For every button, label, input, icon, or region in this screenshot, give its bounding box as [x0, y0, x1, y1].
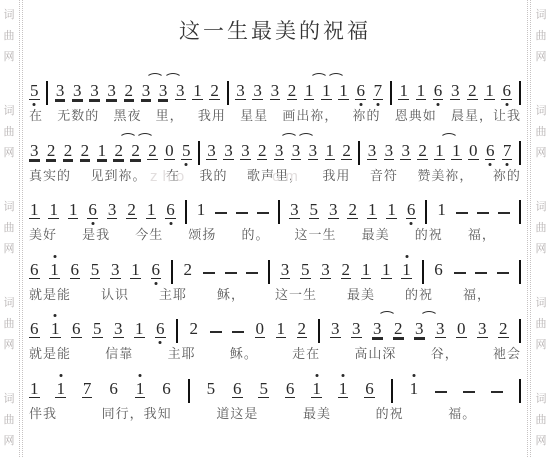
watermark-char: 词	[536, 101, 547, 122]
note-digit: 3	[206, 142, 217, 160]
note: 1	[192, 82, 203, 101]
note-digit: 3	[113, 320, 124, 338]
note: 3	[270, 82, 281, 101]
lyric-segment: 黑夜	[113, 108, 141, 124]
note: 5	[206, 380, 217, 399]
duration-dash	[203, 272, 215, 274]
lyric-segment: 走在	[292, 346, 320, 362]
note: 6	[433, 82, 444, 101]
lyric-segment: 祢的	[493, 168, 521, 184]
note: 6	[151, 261, 162, 280]
lyrics-row: 伴我同行，我知道这是最美的祝福。	[28, 406, 522, 422]
barline	[227, 81, 229, 105]
watermark-char: 词	[4, 101, 15, 122]
lyric-segment: 伴我	[29, 406, 57, 422]
notes-row: 3222122205333233312333211067	[28, 134, 522, 161]
note: 1	[311, 380, 322, 399]
lyric-segment: 福，	[463, 287, 491, 303]
duration-dash	[497, 272, 509, 274]
note: 6	[161, 380, 172, 399]
note-digit: 3	[289, 201, 300, 219]
barline	[358, 141, 360, 165]
note-digit: 2	[124, 82, 135, 100]
watermark-char: 词	[4, 197, 15, 218]
lyric-segment: 谷，	[431, 346, 459, 362]
note: 2	[257, 142, 268, 161]
note: 3	[384, 142, 395, 161]
lyric-segment: 这一生	[275, 287, 317, 303]
note-digit: 3	[89, 82, 100, 100]
note-digit: 1	[398, 82, 409, 100]
note-digit: 6	[433, 82, 444, 100]
lyric-segment: 最美	[347, 287, 375, 303]
note-digit: 3	[414, 320, 425, 338]
score-line: 6165316235321116就是能认识主耶稣，这一生最美的祝福，	[28, 253, 522, 303]
watermark-char: 词	[536, 197, 547, 218]
note: 5	[90, 261, 101, 280]
note-digit: 3	[351, 320, 362, 338]
note-digit: 3	[320, 261, 331, 279]
score-line: 11761656561161伴我同行，我知道这是最美的祝福。	[28, 372, 522, 422]
watermark-char: 曲	[4, 218, 15, 239]
watermark-group: 词曲网	[4, 5, 15, 68]
note-digit: 6	[232, 380, 243, 398]
note-digit: 2	[297, 320, 308, 338]
lyric-segment: 主耶	[159, 287, 187, 303]
note: 3	[330, 320, 341, 339]
note: 1	[29, 380, 40, 399]
note: 3	[280, 261, 291, 280]
note-digit: 1	[451, 142, 462, 160]
note-digit: 2	[498, 320, 509, 338]
note-digit: 1	[49, 261, 60, 279]
barline	[519, 81, 521, 105]
note: 2	[341, 261, 352, 280]
note-digit: 3	[291, 142, 302, 160]
lyric-segment: 最美	[362, 227, 390, 243]
note: 0	[164, 142, 175, 161]
note: 3	[372, 320, 383, 339]
note: 3	[351, 320, 362, 339]
note: 2	[80, 142, 91, 161]
note-digit: 1	[361, 261, 372, 279]
note-digit: 0	[468, 142, 479, 160]
note: 2	[124, 82, 135, 101]
note: 1	[321, 82, 332, 101]
duration-dash	[257, 212, 269, 214]
note-digit: 1	[29, 201, 40, 219]
note: 1	[416, 82, 427, 101]
note-digit: 2	[209, 82, 220, 100]
note: 5	[92, 320, 103, 339]
note: 3	[308, 142, 319, 161]
duration-dash	[210, 331, 222, 333]
note-digit: 1	[436, 201, 447, 218]
note: 3	[328, 201, 339, 220]
duration-dash	[491, 391, 503, 393]
note: 7	[82, 380, 93, 399]
lyric-segment: 福。	[448, 406, 476, 422]
barline	[519, 260, 521, 284]
note: 3	[223, 142, 234, 161]
note-digit: 3	[400, 142, 411, 160]
lyrics-row: 在无数的黑夜里，我用星星画出祢，祢的恩典如晨星，让我	[28, 108, 522, 124]
watermark-char: 网	[536, 239, 547, 260]
duration-dash	[498, 212, 510, 214]
note: 6	[406, 201, 417, 220]
lyric-segment: 星星	[240, 108, 268, 124]
note: 2	[347, 201, 358, 220]
watermark-char: 网	[4, 47, 15, 68]
notes-row: 11761656561161	[28, 372, 522, 399]
lyric-segment: 主耶	[168, 346, 196, 362]
watermark-char: 曲	[4, 26, 15, 47]
note: 1	[409, 380, 420, 399]
note: 1	[386, 201, 397, 220]
duration-dash	[225, 272, 237, 274]
note: 1	[29, 201, 40, 220]
barline	[425, 200, 427, 224]
note: 6	[29, 320, 40, 339]
duration-dash	[463, 391, 475, 393]
watermark-group: 词曲网	[536, 293, 547, 356]
lyric-segment: 晨星，让我	[451, 108, 521, 124]
watermark-char: 词	[536, 5, 547, 26]
lyric-segment: 音符	[370, 168, 398, 184]
lyric-segment: 我的	[199, 168, 227, 184]
note-digit: 3	[29, 142, 40, 160]
lyric-segment: 这一生	[295, 227, 337, 243]
note: 1	[361, 261, 372, 280]
note: 6	[29, 261, 40, 280]
note-digit: 1	[434, 142, 445, 160]
note-digit: 3	[384, 142, 395, 160]
note-digit: 6	[364, 380, 375, 398]
note: 3	[106, 82, 117, 101]
note: 1	[276, 320, 287, 339]
note-digit: 0	[164, 142, 175, 160]
note-digit: 3	[274, 142, 285, 160]
duration-dash	[454, 272, 466, 274]
lyric-segment: 祂会	[493, 346, 521, 362]
lyric-segment: 同行，我知	[102, 406, 172, 422]
note-digit: 1	[325, 142, 336, 160]
barline	[519, 141, 521, 165]
barline	[422, 260, 424, 284]
note-digit: 5	[29, 82, 40, 100]
lyric-segment: 就是能	[29, 287, 71, 303]
note-digit: 1	[338, 82, 349, 100]
lyric-segment: 恩典如	[395, 108, 437, 124]
note: 2	[341, 142, 352, 161]
lyric-segment: 就是能	[29, 346, 71, 362]
lyric-segment: 的祝	[376, 406, 404, 422]
note: 1	[436, 201, 447, 220]
note-digit: 1	[386, 201, 397, 219]
note-digit: 6	[151, 261, 162, 279]
note-digit: 3	[107, 201, 118, 219]
note-digit: 1	[48, 201, 59, 219]
note: 3	[29, 142, 40, 161]
note-digit: 3	[308, 142, 319, 160]
note-digit: 5	[300, 261, 311, 279]
watermark-group: 词曲网	[536, 5, 547, 68]
note-digit: 2	[417, 142, 428, 160]
duration-dash	[435, 391, 447, 393]
right-watermark-column: 词曲网词曲网词曲网词曲网词曲网	[532, 0, 550, 457]
lyric-segment: 福，	[468, 227, 496, 243]
lyric-segment: 歌声里，	[247, 168, 303, 184]
note: 1	[55, 380, 66, 399]
note-digit: 3	[106, 82, 117, 100]
note: 3	[72, 82, 83, 101]
duration-dash	[246, 272, 258, 274]
note-digit: 2	[257, 142, 268, 160]
note: 3	[450, 82, 461, 101]
note-digit: 3	[372, 320, 383, 338]
lyric-segment: 稣。	[230, 346, 258, 362]
note-digit: 6	[161, 380, 172, 397]
note: 1	[434, 142, 445, 161]
note-digit: 6	[501, 82, 512, 100]
lyric-segment: 稣，	[217, 287, 245, 303]
note: 6	[355, 82, 366, 101]
duration-dash	[456, 212, 468, 214]
note: 6	[232, 380, 243, 399]
barline	[46, 81, 48, 105]
notes-row: 61653162012333233032	[28, 312, 522, 339]
watermark-char: 网	[4, 239, 15, 260]
lyric-segment: 颂扬	[188, 227, 216, 243]
note-digit: 1	[196, 201, 207, 218]
score-line: 61653162012333233032就是能信靠主耶稣。走在高山深谷，祂会	[28, 312, 522, 362]
note-digit: 1	[484, 82, 495, 100]
note: 3	[252, 82, 263, 101]
note-digit: 1	[146, 201, 157, 219]
lyric-segment: 我用	[322, 168, 350, 184]
lyric-segment: 的祝	[415, 227, 443, 243]
lyric-segment: 无数的	[57, 108, 99, 124]
note-digit: 6	[87, 201, 98, 219]
note-digit: 5	[206, 380, 217, 397]
right-divider-line	[527, 0, 531, 457]
note: 1	[134, 320, 145, 339]
lyric-segment: 真实的	[29, 168, 71, 184]
note: 6	[108, 380, 119, 399]
note-digit: 3	[367, 142, 378, 160]
lyric-segment: 在	[166, 168, 180, 184]
lyric-segment: 高山深	[354, 346, 396, 362]
note: 7	[502, 142, 513, 161]
note-digit: 3	[158, 82, 169, 100]
watermark-char: 网	[536, 335, 547, 356]
note: 6	[285, 380, 296, 399]
lyric-segment: 今生	[135, 227, 163, 243]
note-digit: 2	[46, 142, 57, 160]
note-digit: 0	[456, 320, 467, 338]
note-digit: 1	[338, 380, 349, 398]
barline	[198, 141, 200, 165]
note: 2	[467, 82, 478, 101]
lyric-segment: 是我	[82, 227, 110, 243]
note: 3	[240, 142, 251, 161]
note: 6	[433, 261, 444, 280]
note: 1	[135, 380, 146, 399]
watermark-group: 词曲网	[4, 293, 15, 356]
note-digit: 2	[287, 82, 298, 100]
note: 1	[196, 201, 207, 220]
barline	[176, 319, 178, 343]
note: 2	[393, 320, 404, 339]
left-divider-line	[19, 0, 23, 457]
note-digit: 3	[450, 82, 461, 100]
note-digit: 3	[141, 82, 152, 100]
note: 3	[110, 261, 121, 280]
note-digit: 2	[347, 201, 358, 219]
lyric-segment: 赞美祢，	[417, 168, 473, 184]
note: 3	[158, 82, 169, 101]
note-digit: 2	[147, 142, 158, 160]
note: 1	[401, 261, 412, 280]
note: 1	[146, 201, 157, 220]
song-title: 这一生最美的祝福	[28, 15, 522, 45]
note: 1	[130, 261, 141, 280]
note: 3	[107, 201, 118, 220]
watermark-group: 词曲网	[4, 197, 15, 260]
note-digit: 6	[433, 261, 444, 278]
watermark-char: 曲	[536, 314, 547, 335]
note-digit: 1	[68, 201, 79, 219]
lyrics-row: 就是能认识主耶稣，这一生最美的祝福，	[28, 287, 522, 303]
note: 1	[398, 82, 409, 101]
note: 2	[130, 142, 141, 161]
note: 2	[209, 82, 220, 101]
lyric-segment: 道这是	[216, 406, 258, 422]
lyric-segment: 的。	[241, 227, 269, 243]
note-digit: 1	[29, 380, 40, 398]
lyric-segment: 认识	[101, 287, 129, 303]
note-digit: 3	[240, 142, 251, 160]
note: 0	[456, 320, 467, 339]
lyric-segment: 的祝	[405, 287, 433, 303]
note: 7	[373, 82, 384, 101]
note: 5	[309, 201, 320, 220]
note: 1	[381, 261, 392, 280]
barline	[519, 379, 521, 403]
note: 3	[89, 82, 100, 101]
note: 1	[367, 201, 378, 220]
note: 3	[274, 142, 285, 161]
note: 6	[71, 320, 82, 339]
note-digit: 1	[276, 320, 287, 338]
note: 3	[289, 201, 300, 220]
note-digit: 3	[72, 82, 83, 100]
note: 2	[46, 142, 57, 161]
barline	[278, 200, 280, 224]
note: 2	[126, 201, 137, 220]
note: 3	[291, 142, 302, 161]
note-digit: 3	[223, 142, 234, 160]
notes-row: 533332333123332111671163216	[28, 74, 522, 101]
note: 3	[400, 142, 411, 161]
watermark-group: 词曲网	[536, 389, 547, 452]
note-digit: 1	[416, 82, 427, 100]
note-digit: 1	[401, 261, 412, 279]
watermark-char: 词	[4, 293, 15, 314]
lyric-segment: 里，	[156, 108, 184, 124]
note-digit: 1	[97, 142, 108, 160]
note-digit: 3	[435, 320, 446, 338]
note-digit: 3	[280, 261, 291, 279]
note-digit: 6	[70, 261, 81, 279]
note-digit: 7	[82, 380, 93, 398]
barline	[318, 319, 320, 343]
sheet-content: 这一生最美的祝福 533332333123332111671163216在无数的…	[24, 0, 526, 457]
note: 2	[63, 142, 74, 161]
watermark-char: 词	[4, 5, 15, 26]
watermark-char: 词	[536, 389, 547, 410]
note: 2	[417, 142, 428, 161]
note: 5	[181, 142, 192, 161]
note-digit: 3	[330, 320, 341, 338]
note-digit: 0	[255, 320, 266, 338]
note-digit: 6	[29, 261, 40, 279]
note: 0	[468, 142, 479, 161]
lyric-segment: 见到祢。	[90, 168, 146, 184]
duration-dash	[236, 212, 248, 214]
note: 3	[175, 82, 186, 101]
score-line: 3222122205333233312333211067真实的见到祢。在我的歌声…	[28, 134, 522, 184]
note-digit: 3	[110, 261, 121, 279]
note-digit: 6	[108, 380, 119, 397]
score-line: 11163216135321161美好是我今生颂扬的。这一生最美的祝福，	[28, 193, 522, 243]
barline	[268, 260, 270, 284]
note: 1	[484, 82, 495, 101]
watermark-group: 词曲网	[4, 101, 15, 164]
note: 2	[498, 320, 509, 339]
note-digit: 1	[304, 82, 315, 100]
watermark-char: 曲	[536, 122, 547, 143]
note: 6	[70, 261, 81, 280]
note: 3	[55, 82, 66, 101]
note: 3	[435, 320, 446, 339]
watermark-char: 网	[536, 431, 547, 452]
watermark-char: 曲	[536, 26, 547, 47]
barline	[171, 260, 173, 284]
note: 3	[477, 320, 488, 339]
barline	[519, 200, 521, 224]
note: 5	[300, 261, 311, 280]
note: 2	[297, 320, 308, 339]
note-digit: 6	[29, 320, 40, 338]
note-digit: 1	[134, 320, 145, 338]
notes-row: 6165316235321116	[28, 253, 522, 280]
note-digit: 3	[235, 82, 246, 100]
barline	[519, 319, 521, 343]
left-watermark-column: 词曲网词曲网词曲网词曲网词曲网	[0, 0, 18, 457]
note-digit: 6	[355, 82, 366, 100]
note: 6	[165, 201, 176, 220]
note-digit: 1	[55, 380, 66, 398]
watermark-char: 网	[536, 143, 547, 164]
note: 3	[414, 320, 425, 339]
duration-dash	[215, 212, 227, 214]
lyric-segment: 在	[29, 108, 43, 124]
lyric-segment: 美好	[29, 227, 57, 243]
note: 5	[29, 82, 40, 101]
barline	[185, 200, 187, 224]
note: 3	[113, 320, 124, 339]
